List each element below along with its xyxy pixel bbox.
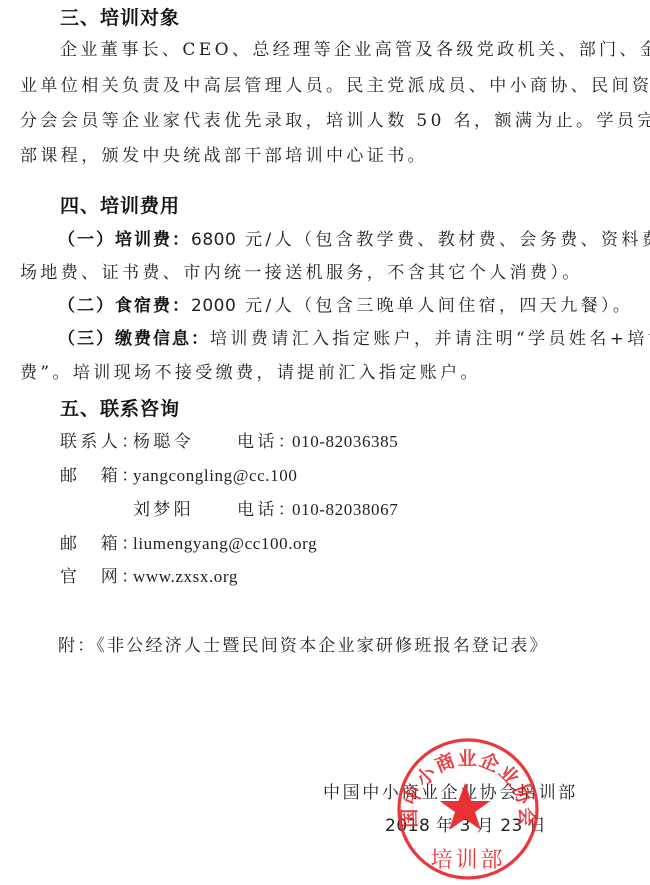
paragraph-line: 业单位相关负责及中高层管理人员。民主党派成员、中小商协、民间资本 bbox=[20, 76, 627, 96]
attachment-title[interactable]: 《非公经济人士暨民间资本企业家研修班报名登记表》 bbox=[96, 636, 548, 656]
fee-label: （二）食宿费： bbox=[58, 296, 191, 316]
contact-name: 杨聪令 bbox=[133, 432, 194, 452]
fee-amount: 2000 bbox=[191, 296, 236, 316]
contact-person-label: 联系人： bbox=[60, 432, 142, 452]
section-heading-training-target: 三、培训对象 bbox=[60, 7, 180, 29]
email-label: 邮 箱： bbox=[60, 534, 142, 554]
contact-email[interactable]: liumengyang@cc100.org bbox=[133, 534, 317, 554]
fee-description: 培训费请汇入指定账户，并请注明“学员姓名+培训 bbox=[210, 329, 650, 349]
fee-description: 元/人（包含教学费、教材费、会务费、资料费、 bbox=[236, 230, 650, 250]
phone-label: 电话： bbox=[237, 432, 298, 452]
fee-item-board: （二）食宿费：2000 元/人（包含三晚单人间住宿，四天九餐）。 bbox=[58, 296, 633, 316]
fee-description-continued: 费”。培训现场不接受缴费，请提前汇入指定账户。 bbox=[20, 363, 481, 383]
paragraph-line: 企业董事长、CEO、总经理等企业高管及各级党政机关、部门、金融事 bbox=[60, 40, 627, 60]
document-page: 三、培训对象 企业董事长、CEO、总经理等企业高管及各级党政机关、部门、金融事 … bbox=[0, 0, 650, 885]
fee-description-continued: 场地费、证书费、市内统一接送机服务，不含其它个人消费）。 bbox=[20, 263, 583, 283]
contact-row-1: 联系人： bbox=[60, 432, 142, 452]
fee-amount: 6800 bbox=[191, 230, 236, 250]
attachment-label: 附： bbox=[58, 636, 96, 656]
fee-label: （一）培训费： bbox=[58, 230, 191, 250]
paragraph-line: 分会会员等企业家代表优先录取，培训人数 50 名，额满为止。学员完成全 bbox=[20, 111, 627, 131]
contact-phone[interactable]: 010-82036385 bbox=[292, 432, 398, 452]
fee-label: （三）缴费信息： bbox=[58, 329, 210, 349]
website-label: 官 网： bbox=[60, 567, 142, 587]
attachment-note: 附：《非公经济人士暨民间资本企业家研修班报名登记表》 bbox=[58, 636, 549, 656]
section-heading-training-fees: 四、培训费用 bbox=[60, 195, 180, 217]
fee-item-payment-info: （三）缴费信息：培训费请汇入指定账户，并请注明“学员姓名+培训 bbox=[58, 329, 650, 349]
website-link[interactable]: www.zxsx.org bbox=[133, 567, 238, 587]
contact-email[interactable]: yangcongling@cc.100 bbox=[133, 466, 297, 486]
contact-phone[interactable]: 010-82038067 bbox=[292, 500, 398, 520]
fee-item-tuition: （一）培训费：6800 元/人（包含教学费、教材费、会务费、资料费、 bbox=[58, 230, 628, 250]
paragraph-line: 部课程，颁发中央统战部干部培训中心证书。 bbox=[20, 146, 428, 166]
star-icon bbox=[440, 783, 491, 830]
seal-bottom-text: 培训部 bbox=[430, 848, 505, 873]
section-heading-contact: 五、联系咨询 bbox=[60, 398, 180, 420]
email-label: 邮 箱： bbox=[60, 466, 142, 486]
phone-label: 电话： bbox=[237, 500, 298, 520]
official-seal-stamp: 国中小商业企业协会 培训部 bbox=[396, 737, 540, 881]
fee-description: 元/人（包含三晚单人间住宿，四天九餐）。 bbox=[236, 296, 633, 316]
contact-name: 刘梦阳 bbox=[133, 500, 194, 520]
